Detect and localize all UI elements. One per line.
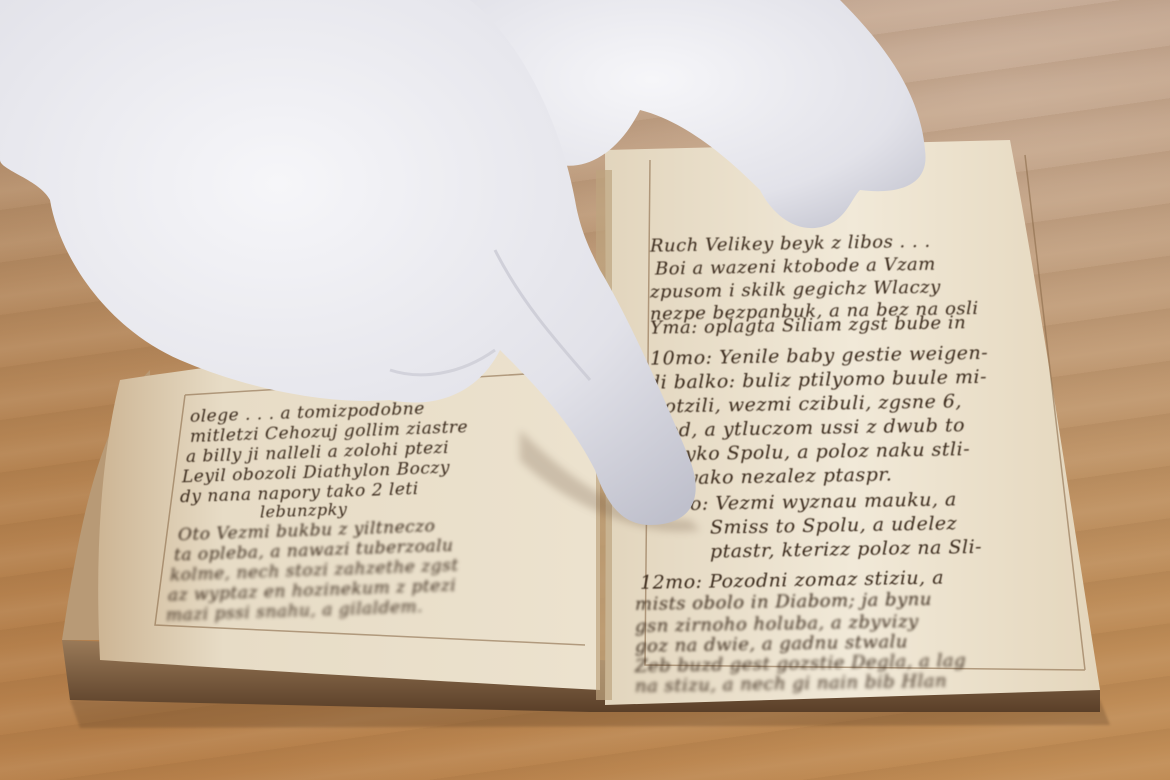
white-gloved-hands (0, 0, 1170, 780)
